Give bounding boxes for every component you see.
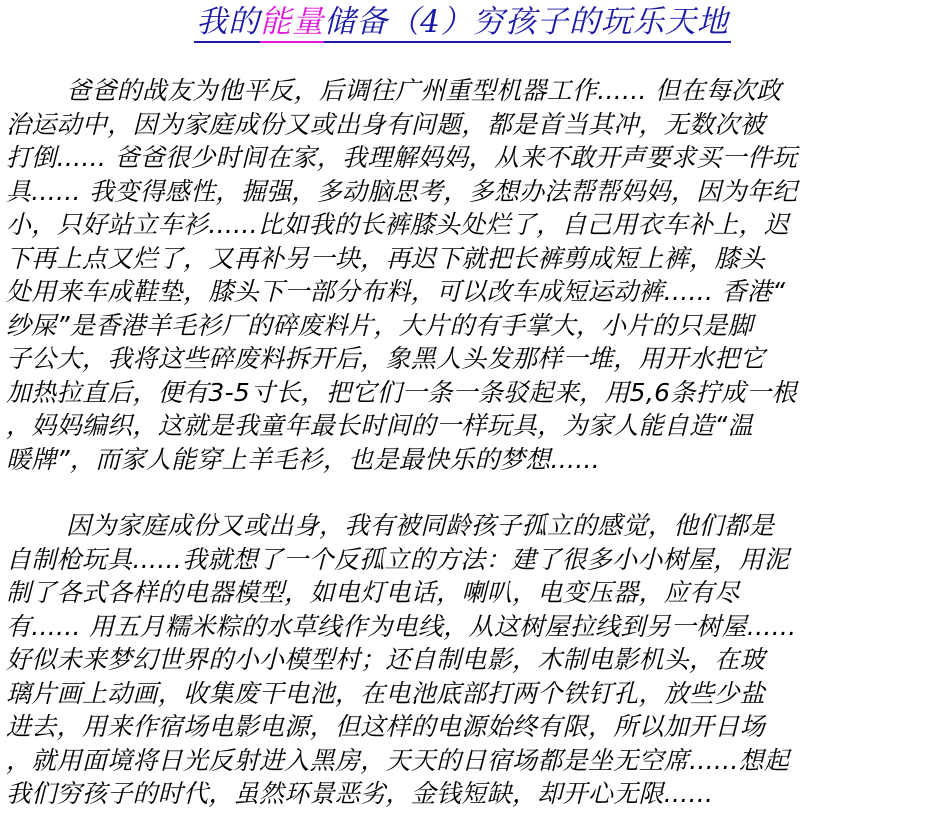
text-line: 小，只好站立车衫......比如我的长裤膝头处烂了，自己用衣车补上，迟 [6, 208, 924, 242]
title-underline-wrapper: 我的能量储备（4）穷孩子的玩乐天地 [194, 3, 731, 43]
text-line: 子公大，我将这些碎废料拆开后，象黑人头发那样一堆，用开水把它 [6, 342, 924, 376]
text-line: 璃片画上动画，收集废干电池，在电池底部打两个铁钉孔，放些少盐 [6, 677, 924, 711]
text-line: 因为家庭成份又或出身，我有被同龄孩子孤立的感觉，他们都是 [6, 509, 924, 543]
text-line: 纱屎”是香港羊毛衫厂的碎废料片，大片的有手掌大，小片的只是脚 [6, 309, 924, 343]
text-line: 下再上点又烂了，又再补另一块，再迟下就把长裤剪成短上裤，膝头 [6, 242, 924, 276]
text-line: ，妈妈编织，这就是我童年最长时间的一样玩具，为家人能自造“温 [6, 409, 924, 443]
text-line: 有...... 用五月糯米粽的水草线作为电线，从这树屋拉线到另一树屋...... [6, 610, 924, 644]
title-part-1: 我的 [196, 4, 260, 40]
title-part-2: 储备（4）穷孩子的玩乐天地 [324, 4, 729, 40]
text-line: 制了各式各样的电器模型，如电灯电话，喇叭，电变压器，应有尽 [6, 576, 924, 610]
paragraph-1: 爸爸的战友为他平反，后调往广州重型机器工作...... 但在每次政 治运动中，因… [6, 74, 924, 476]
text-line: 处用来车成鞋垫，膝头下一部分布料，可以改车成短运动裤...... 香港“ [6, 275, 924, 309]
text-line: ，就用面境将日光反射进入黑房，天天的日宿场都是坐无空席......想起 [6, 744, 924, 778]
paragraph-2: 因为家庭成份又或出身，我有被同龄孩子孤立的感觉，他们都是 自制枪玩具......… [6, 509, 924, 811]
paragraph-gap [6, 476, 924, 509]
text-line: 具...... 我变得感性，掘强，多动脑思考，多想办法帮帮妈妈，因为年纪 [6, 175, 924, 209]
text-line: 我们穷孩子的时代，虽然环景恶劣，金钱短缺，却开心无限...... [6, 777, 924, 811]
text-line: 加热拉直后，便有3-5寸长，把它们一条一条驳起来，用5,6条拧成一根 [6, 376, 924, 410]
page-title: 我的能量储备（4）穷孩子的玩乐天地 [0, 2, 925, 43]
text-line: 爸爸的战友为他平反，后调往广州重型机器工作...... 但在每次政 [6, 74, 924, 108]
text-line: 好似未来梦幻世界的小小模型村；还自制电影，木制电影机头，在玻 [6, 643, 924, 677]
article-body: 爸爸的战友为他平反，后调往广州重型机器工作...... 但在每次政 治运动中，因… [6, 74, 924, 811]
text-line: 自制枪玩具......我就想了一个反孤立的方法：建了很多小小树屋，用泥 [6, 543, 924, 577]
text-line: 进去，用来作宿场电影电源，但这样的电源始终有限，所以加开日场 [6, 710, 924, 744]
text-line: 打倒...... 爸爸很少时间在家，我理解妈妈，从来不敢开声要求买一件玩 [6, 141, 924, 175]
text-line: 暖牌”，而家人能穿上羊毛衫，也是最快乐的梦想...... [6, 443, 924, 477]
title-highlight: 能量 [260, 3, 324, 43]
text-line: 治运动中，因为家庭成份又或出身有问题，都是首当其冲，无数次被 [6, 108, 924, 142]
